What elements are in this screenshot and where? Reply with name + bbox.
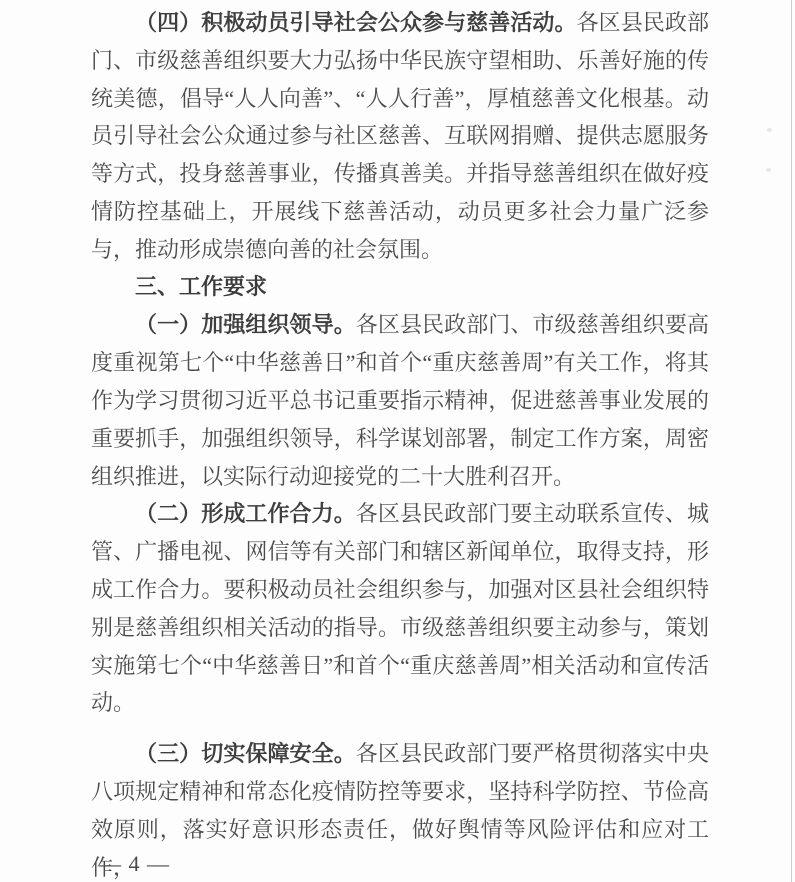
paragraph: （一）加强组织领导。各区县民政部门、市级慈善组织要高度重视第七个“中华慈善日”和… [91,306,709,495]
document-text-column: （四）积极动员引导社会公众参与慈善活动。各区县民政部门、市级慈善组织要大力弘扬中… [91,4,709,882]
scanned-document-page: （四）积极动员引导社会公众参与慈善活动。各区县民政部门、市级慈善组织要大力弘扬中… [0,0,795,882]
paragraph-body: 各区县民政部门要主动联系宣传、城管、广播电视、网信等有关部门和辖区新闻单位，取得… [91,501,709,715]
paragraph-lead: （三）切实保障安全。 [135,741,356,766]
paragraph-body: 各区县民政部门、市级慈善组织要高度重视第七个“中华慈善日”和首个“重庆慈善周”有… [91,312,709,488]
paragraph: （四）积极动员引导社会公众参与慈善活动。各区县民政部门、市级慈善组织要大力弘扬中… [91,4,709,269]
scan-speck [766,168,771,172]
page-number: — 4 — [99,850,170,878]
paragraph-body: 各区县民政部门、市级慈善组织要大力弘扬中华民族守望相助、乐善好施的传统美德，倡导… [91,10,709,262]
scan-edge-line [791,0,792,882]
paragraph-lead: （一）加强组织领导。 [135,312,356,337]
section-heading: 三、工作要求 [91,269,709,307]
paragraph-lead: （二）形成工作合力。 [135,501,356,526]
paragraph: （二）形成工作合力。各区县民政部门要主动联系宣传、城管、广播电视、网信等有关部门… [91,495,709,722]
paragraph-lead: （四）积极动员引导社会公众参与慈善活动。 [135,10,577,35]
paragraph: （三）切实保障安全。各区县民政部门要严格贯彻落实中央八项规定精神和常态化疫情防控… [91,735,709,882]
scan-speck [767,128,772,132]
